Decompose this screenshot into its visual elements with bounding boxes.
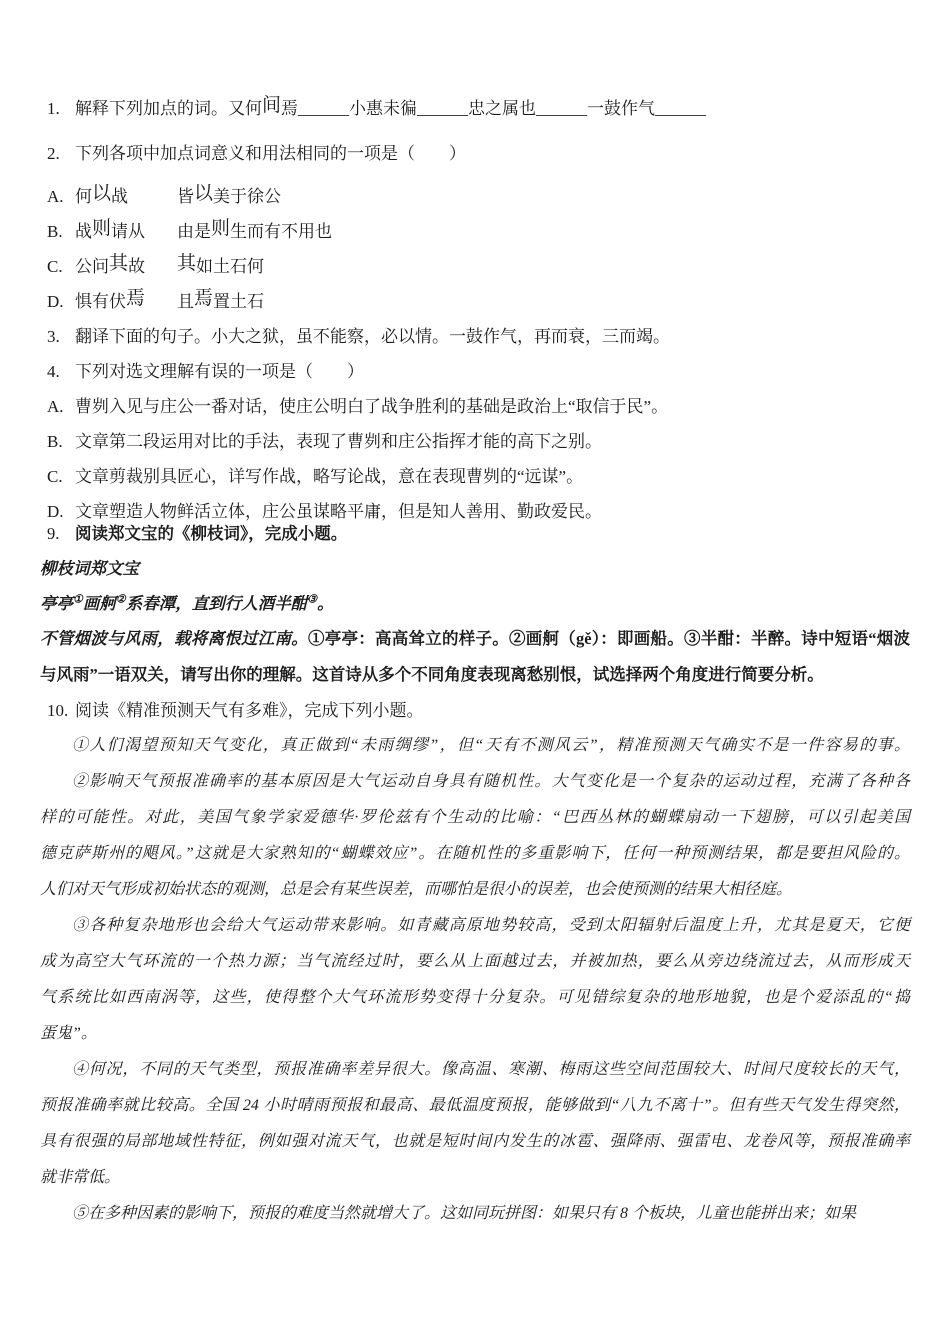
- text-run: 以: [92, 183, 111, 204]
- text-run: ②: [116, 594, 126, 606]
- question-3: 3.翻译下面的句子。小大之狱，虽不能察，必以情。一鼓作气，再而衰，三而竭。: [40, 319, 910, 354]
- text-run: 由是: [177, 222, 211, 241]
- essay-line-9: 蛋鬼”。: [40, 1016, 910, 1052]
- text-run: 焉______小惠未徧______忠之属也______一鼓作气______: [281, 99, 706, 118]
- text-run: 美于徐公: [213, 187, 281, 206]
- text-run: 文章第二段运用对比的手法，表现了曹刿和庄公指挥才能的高下之别。: [75, 432, 602, 451]
- poem-line-1: 亭亭①画舸②系春潭，直到行人酒半酣③。: [40, 586, 910, 621]
- text-run: 下列各项中加点词意义和用法相同的一项是（ ）: [75, 144, 466, 163]
- text-run: B.: [47, 424, 75, 459]
- text-run: 如土石何: [196, 257, 264, 276]
- text-run: 画舸: [83, 594, 116, 613]
- text-run: 请从: [111, 222, 145, 241]
- text-run: 以: [194, 183, 213, 204]
- text-run: 与风雨”一语双关，请写出你的理解。这首诗从多个不同角度表现离愁别恨，试选择两个角…: [40, 665, 824, 684]
- poem-note-line-2: 与风雨”一语双关，请写出你的理解。这首诗从多个不同角度表现离愁别恨，试选择两个角…: [40, 657, 910, 693]
- essay-line-7: 成为高空大气环流的一个热力源；当气流经过时，要么从上面越过去，并被加热，要么从旁…: [40, 944, 910, 980]
- essay-line-2: ②影响天气预报准确率的基本原因是大气运动自身具有随机性。大气变化是一个复杂的运动…: [40, 764, 910, 800]
- text-run: 惧有伏: [75, 292, 126, 311]
- text-run: 亭亭: [40, 594, 73, 613]
- text-run: 系春潭，直到行人酒半酣: [126, 594, 308, 613]
- text-run: 。: [317, 594, 334, 613]
- text-run: 置土石: [213, 292, 264, 311]
- text-run: 阅读《精准预测天气有多难》，完成下列小题。: [75, 701, 424, 720]
- essay-line-8: 气系统比如西南涡等，这些，使得整个大气环流形势变得十分复杂。可见错综复杂的地形地…: [40, 980, 910, 1016]
- text-run: 故: [128, 257, 145, 276]
- text-run: 焉: [194, 288, 213, 309]
- question-4-option-b: B.文章第二段运用对比的手法，表现了曹刿和庄公指挥才能的高下之别。: [40, 424, 910, 459]
- text-run: A.: [47, 389, 75, 424]
- text-run: 且: [177, 292, 194, 311]
- text-run: 3.: [47, 319, 75, 354]
- essay-line-11: 预报准确率就比较高。全国 24 小时晴雨预报和最高、最低温度预报，能够做到“八九…: [40, 1088, 910, 1124]
- question-4-option-c: C.文章剪裁别具匠心，详写作战，略写论战，意在表现曹刿的“远谋”。: [40, 459, 910, 494]
- text-run: C.: [47, 249, 75, 284]
- question-2-option-d: D.惧有伏焉且焉置土石: [40, 284, 910, 319]
- question-4: 4.下列对选文理解有误的一项是（ ）: [40, 354, 910, 389]
- question-4-option-a: A.曹刿入见与庄公一番对话，使庄公明白了战争胜利的基础是政治上“取信于民”。: [40, 389, 910, 424]
- text-run: 阅读郑文宝的《柳枝词》，完成小题。: [75, 524, 347, 543]
- essay-line-4: 德克萨斯州的飓风。”这就是大家熟知的“蝴蝶效应”。在随机性的多重影响下，任何一种…: [40, 836, 910, 872]
- text-run: 焉: [126, 288, 145, 309]
- essay-line-6: ③各种复杂地形也会给大气运动带来影响。如青藏高原地势较高，受到太阳辐射后温度上升…: [40, 908, 910, 944]
- text-run: D.: [47, 284, 75, 319]
- text-run: 解释下列加点的词。又何: [75, 99, 262, 118]
- text-run: 则: [211, 218, 230, 239]
- question-2-option-a: A.何以战皆以美于徐公: [40, 179, 910, 214]
- text-run: 间: [262, 95, 281, 116]
- text-run: 战: [75, 222, 92, 241]
- text-run: 其: [177, 253, 196, 274]
- essay-line-13: 就非常低。: [40, 1160, 910, 1196]
- text-run: 10.: [47, 693, 75, 728]
- text-run: 文章剪裁别具匠心，详写作战，略写论战，意在表现曹刿的“远谋”。: [75, 467, 583, 486]
- question-2-option-b: B.战则请从由是则生而有不用也: [40, 214, 910, 249]
- essay-body: ①人们渴望预知天气变化，真正做到“未雨绸缪”，但“天有不测风云”，精准预测天气确…: [40, 728, 910, 1232]
- text-run: 不管烟波与风雨，载将离恨过江南。: [40, 629, 308, 648]
- text-run: 下列对选文理解有误的一项是（ ）: [75, 362, 364, 381]
- essay-line-5: 人们对天气形成初始状态的观测，总是会有某些误差，而哪怕是很小的误差，也会使预测的…: [40, 872, 910, 908]
- essay-line-1: ①人们渴望预知天气变化，真正做到“未雨绸缪”，但“天有不测风云”，精准预测天气确…: [40, 728, 910, 764]
- essay-line-10: ④何况，不同的天气类型，预报准确率差异很大。像高温、寒潮、梅雨这些空间范围较大、…: [40, 1052, 910, 1088]
- text-run: 战: [111, 187, 128, 206]
- text-run: 翻译下面的句子。小大之狱，虽不能察，必以情。一鼓作气，再而衰，三而竭。: [75, 327, 670, 346]
- text-run: 其: [109, 253, 128, 274]
- essay-line-12: 具有很强的局部地域性特征，例如强对流天气，也就是短时间内发生的冰雹、强降雨、强雷…: [40, 1124, 910, 1160]
- text-run: 1.: [47, 91, 75, 126]
- text-run: 4.: [47, 354, 75, 389]
- text-run: 曹刿入见与庄公一番对话，使庄公明白了战争胜利的基础是政治上“取信于民”。: [75, 397, 668, 416]
- text-run: ①亭亭：高高耸立的样子。②画舸（gě）：即画船。③半酣：半醉。诗中短语“烟波: [308, 629, 910, 648]
- poem-note-line-1: 不管烟波与风雨，载将离恨过江南。①亭亭：高高耸立的样子。②画舸（gě）：即画船。…: [40, 621, 910, 657]
- poem-title: 柳枝词郑文宝: [40, 551, 910, 586]
- text-run: 则: [92, 218, 111, 239]
- text-run: 柳枝词郑文宝: [40, 559, 139, 578]
- text-run: 皆: [177, 187, 194, 206]
- text-run: A.: [47, 179, 75, 214]
- text-run: ①: [73, 594, 83, 606]
- text-run: 9.: [47, 516, 75, 551]
- question-2: 2.下列各项中加点词意义和用法相同的一项是（ ）: [40, 136, 910, 171]
- text-run: B.: [47, 214, 75, 249]
- essay-line-3: 样的可能性。对此，美国气象学家爱德华·罗伦兹有个生动的比喻：“巴西丛林的蝴蝶扇动…: [40, 800, 910, 836]
- text-run: C.: [47, 459, 75, 494]
- text-run: 生而有不用也: [230, 222, 332, 241]
- exam-paper-page: 1.解释下列加点的词。又何间焉______小惠未徧______忠之属也_____…: [0, 0, 950, 1344]
- text-run: ③: [307, 594, 317, 606]
- question-1: 1.解释下列加点的词。又何间焉______小惠未徧______忠之属也_____…: [40, 91, 910, 126]
- text-run: 2.: [47, 136, 75, 171]
- question-10: 10.阅读《精准预测天气有多难》，完成下列小题。: [40, 693, 910, 728]
- text-run: 公问: [75, 257, 109, 276]
- essay-line-14: ⑤在多种因素的影响下，预报的难度当然就增大了。这如同玩拼图：如果只有 8 个板块…: [40, 1196, 910, 1232]
- text-run: 何: [75, 187, 92, 206]
- question-2-option-c: C.公问其故其如土石何: [40, 249, 910, 284]
